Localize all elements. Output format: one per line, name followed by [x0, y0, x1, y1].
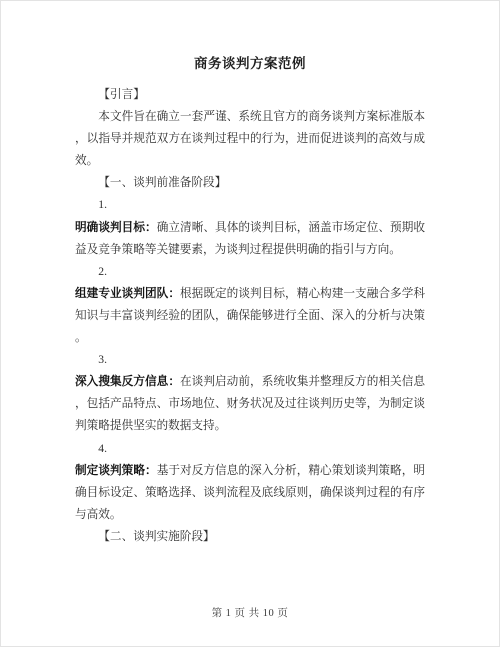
item-body-1: 明确谈判目标：确立清晰、具体的谈判目标，涵盖市场定位、预期收益及竞争策略等关键要…: [75, 217, 425, 261]
intro-label: 【引言】: [75, 84, 425, 106]
item-title-1: 明确谈判目标：: [75, 221, 157, 234]
intro-paragraph: 本文件旨在确立一套严谨、系统且官方的商务谈判方案标准版本，以指导并规范双方在谈判…: [75, 106, 425, 172]
item-title-3: 深入搜集反方信息：: [75, 375, 180, 388]
section-heading-1: 【一、谈判前准备阶段】: [75, 172, 425, 194]
page-number-indicator: 第 1 页 共 10 页: [1, 605, 499, 620]
document-content: 商务谈判方案范例 【引言】 本文件旨在确立一套严谨、系统且官方的商务谈判方案标准…: [75, 1, 425, 548]
item-number-4: 4.: [75, 438, 425, 460]
item-body-3: 深入搜集反方信息：在谈判启动前，系统收集并整理反方的相关信息，包括产品特点、市场…: [75, 371, 425, 437]
item-body-4: 制定谈判策略：基于对反方信息的深入分析，精心策划谈判策略，明确目标设定、策略选择…: [75, 460, 425, 526]
item-number-1: 1.: [75, 194, 425, 216]
document-page: 商务谈判方案范例 【引言】 本文件旨在确立一套严谨、系统且官方的商务谈判方案标准…: [0, 0, 500, 647]
page-title: 商务谈判方案范例: [75, 53, 425, 75]
item-body-2: 组建专业谈判团队：根据既定的谈判目标，精心构建一支融合多学科知识与丰富谈判经验的…: [75, 283, 425, 349]
item-number-3: 3.: [75, 349, 425, 371]
section-heading-2: 【二、谈判实施阶段】: [75, 526, 425, 548]
item-number-2: 2.: [75, 261, 425, 283]
item-title-4: 制定谈判策略：: [75, 464, 157, 477]
item-title-2: 组建专业谈判团队：: [75, 287, 180, 300]
